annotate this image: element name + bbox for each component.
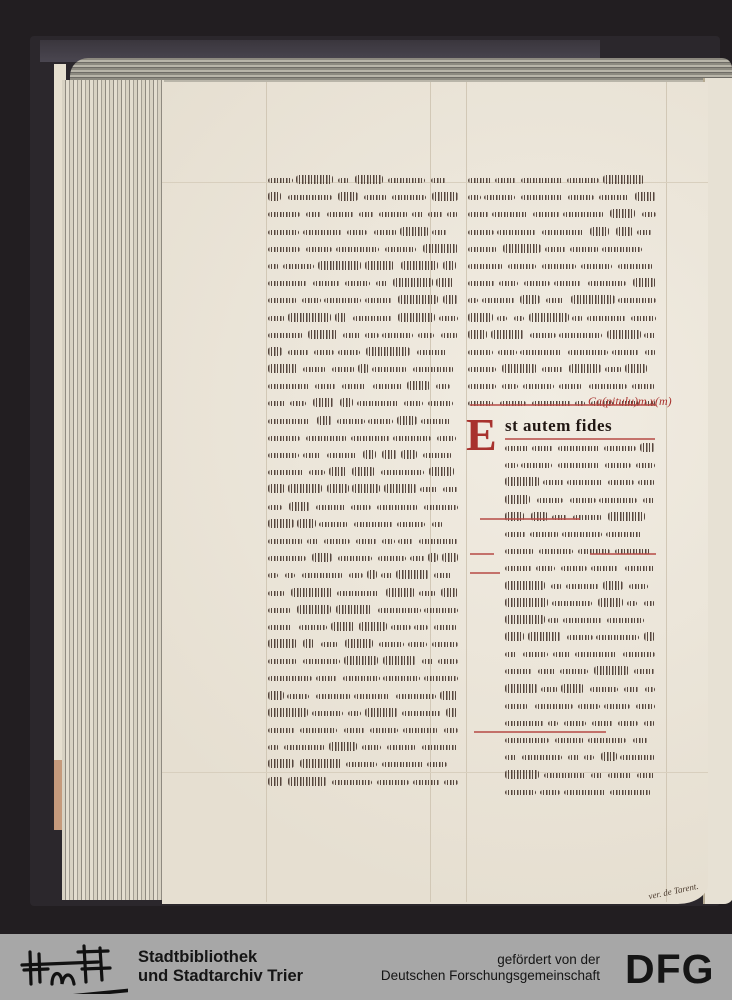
handwritten-line: [268, 567, 460, 584]
decorated-initial: E: [466, 412, 497, 458]
underline-mark: [590, 553, 656, 555]
handwritten-line: [268, 585, 460, 602]
library-name-line2: und Stadtarchiv Trier: [138, 967, 303, 986]
page-stack-left: [62, 80, 164, 900]
library-name: Stadtbibliothek und Stadtarchiv Trier: [138, 948, 303, 986]
underline-mark: [470, 553, 494, 555]
handwritten-line: [268, 670, 460, 687]
handwritten-line: [505, 629, 657, 646]
handwritten-line: [468, 224, 660, 241]
page-stack-top: [70, 58, 732, 84]
handwritten-line: [505, 595, 657, 612]
handwritten-line: [268, 516, 460, 533]
handwritten-line: [505, 543, 657, 560]
stadtbibliothek-logo-icon: [8, 942, 128, 994]
handwritten-line: [505, 492, 657, 509]
handwritten-line: [268, 705, 460, 722]
handwritten-line: [268, 344, 460, 361]
footer-banner: Stadtbibliothek und Stadtarchiv Trier ge…: [0, 934, 732, 1000]
handwritten-line: [468, 275, 660, 292]
handwritten-line: [268, 361, 460, 378]
rubric-rule: [470, 404, 656, 406]
handwritten-line: [268, 602, 460, 619]
handwritten-line: [505, 457, 657, 474]
chapter-rubric: Ca(pitulu)m x(m): [588, 394, 672, 409]
handwritten-line: [505, 767, 657, 784]
handwritten-line: [505, 749, 657, 766]
handwritten-line: [505, 784, 657, 801]
underline-mark: [480, 518, 580, 520]
handwritten-line: [468, 241, 660, 258]
text-column-right-upper: [468, 172, 660, 413]
handwritten-line: [268, 722, 460, 739]
handwritten-line: [505, 474, 657, 491]
handwritten-line: [505, 732, 657, 749]
text-column-left: [268, 172, 460, 791]
funding-notice: gefördert von der Deutschen Forschungsge…: [381, 952, 600, 984]
handwritten-line: [268, 447, 460, 464]
funding-line2: Deutschen Forschungsgemeinschaft: [381, 968, 600, 984]
handwritten-line: [468, 344, 660, 361]
handwritten-line: [268, 464, 460, 481]
library-name-line1: Stadtbibliothek: [138, 948, 303, 967]
handwritten-line: [468, 378, 660, 395]
handwritten-line: [468, 327, 660, 344]
handwritten-line: [505, 698, 657, 715]
handwritten-line: [268, 172, 460, 189]
handwritten-line: [268, 653, 460, 670]
handwritten-line: [505, 440, 657, 457]
handwritten-line: [268, 774, 460, 791]
handwritten-line: [505, 646, 657, 663]
handwritten-line: [268, 688, 460, 705]
handwritten-line: [505, 715, 657, 732]
handwritten-line: [268, 550, 460, 567]
handwritten-line: [468, 206, 660, 223]
handwritten-line: [268, 241, 460, 258]
handwritten-line: [268, 378, 460, 395]
handwritten-line: [268, 756, 460, 773]
handwritten-line: [268, 310, 460, 327]
underline-mark: [470, 572, 500, 574]
handwritten-line: [268, 275, 460, 292]
handwritten-line: [268, 413, 460, 430]
handwritten-line: [268, 189, 460, 206]
handwritten-line: [505, 560, 657, 577]
handwritten-line: [268, 430, 460, 447]
handwritten-line: [268, 499, 460, 516]
handwritten-line: [505, 578, 657, 595]
handwritten-line: [268, 739, 460, 756]
handwritten-line: [268, 292, 460, 309]
handwritten-line: [468, 310, 660, 327]
handwritten-line: [268, 206, 460, 223]
handwritten-line: [268, 533, 460, 550]
handwritten-line: [268, 224, 460, 241]
ruling-line: [666, 82, 667, 902]
handwritten-line: [505, 663, 657, 680]
handwritten-line: [468, 292, 660, 309]
handwritten-line: [468, 189, 660, 206]
handwritten-line: [505, 681, 657, 698]
dfg-logo: DFG: [625, 951, 715, 987]
handwritten-line: [505, 526, 657, 543]
funding-line1: gefördert von der: [381, 952, 600, 968]
ruling-line: [466, 82, 467, 902]
handwritten-line: [505, 612, 657, 629]
handwritten-line: [268, 327, 460, 344]
section-heading: st autem fides: [505, 416, 612, 436]
handwritten-line: [468, 258, 660, 275]
handwritten-line: [268, 481, 460, 498]
underline-mark: [474, 731, 606, 733]
handwritten-line: [268, 258, 460, 275]
handwritten-line: [268, 395, 460, 412]
handwritten-line: [268, 619, 460, 636]
manuscript-scan: Ca(pitulu)m x(m) E st autem fides ver. d…: [0, 0, 732, 934]
handwritten-line: [468, 361, 660, 378]
ruling-line: [266, 82, 267, 902]
handwritten-line: [268, 636, 460, 653]
text-column-right-lower: [505, 440, 657, 801]
handwritten-line: [468, 172, 660, 189]
